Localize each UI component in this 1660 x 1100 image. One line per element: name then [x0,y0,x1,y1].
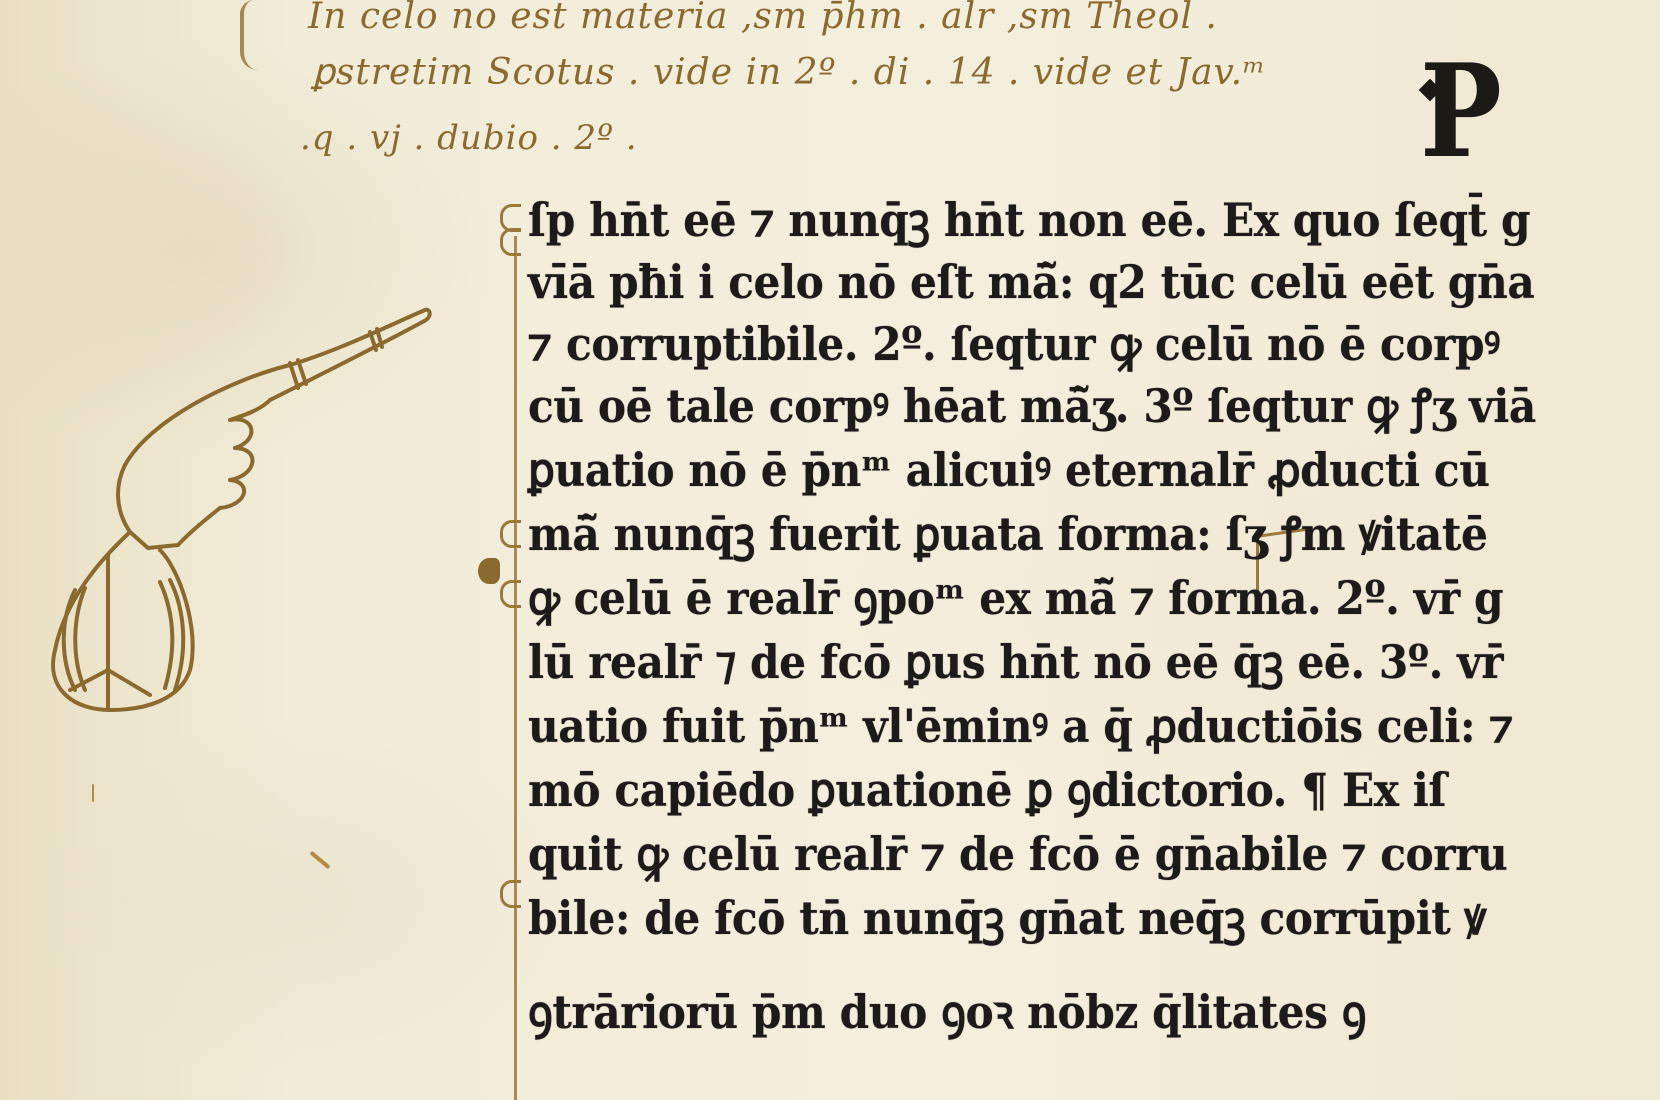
printed-line: cū oē tale corpꝰ hēat mā̃ʒ. 3º ſeqtur ꝙ … [528,376,1536,436]
printed-line: ſp hn̄t eē ⁊ nunq̄ꝫ hn̄t non eē. Ex quo … [528,190,1530,250]
printed-line: mō capiēdo ꝑuationē ꝑ ꝯdictorio. ¶ Ex iſ [528,760,1446,820]
printed-line: quit ꝙ celū realr̄ ⁊ de fcō ē gn̄abile ⁊… [528,824,1507,884]
marginal-curl [500,880,521,908]
paper-speck [310,851,331,869]
marginal-curl [500,520,521,548]
document-page: In celo no est materia ,sm p̄hm . alr ,s… [0,0,1660,1100]
printed-line: lū realr̄ ⁊ de fcō ꝑus hn̄t nō eē q̄ꝫ eē… [528,632,1503,692]
printed-line: ꝑuatio nō ē p̄nᵐ alicuiꝰ eternalr̄ ꝓduct… [528,440,1490,500]
printed-line: ꝙ celū ē realr̄ ꝯpoᵐ ex mā̃ ⁊ forma. 2º.… [528,568,1503,628]
printed-line: vīā pħi i celo nō eſt mā̃: q2 tūc celū e… [528,252,1534,312]
marginal-ink-blot [478,558,500,584]
printed-line: mā̃ nunq̄ꝫ fuerit ꝑuata forma: ſʒ ꝭm ꝟit… [528,504,1487,564]
printed-line: uatio fuit p̄nᵐ vl'ēminꝰ a q̄ ꝓductiōis … [528,696,1513,756]
annotation-line: .q . vj . dubio . 2º . [300,118,638,158]
chapter-initial: P [1420,48,1502,176]
paper-speck [92,784,94,802]
annotation-bracket [240,0,274,70]
marginal-rule [514,236,517,1100]
marginal-curl [500,228,521,256]
annotation-line: ꝑstretim Scotus . vide in 2º . di . 14 .… [312,52,1266,93]
manicule-icon [30,270,450,730]
printed-line: ⁊ corruptibile. 2º. ſeqtur ꝙ celū nō ē c… [528,314,1500,374]
annotation-line: In celo no est materia ,sm p̄hm . alr ,s… [308,0,1218,37]
printed-line: bile: de fcō tn̄ nunq̄ꝫ gn̄at neq̄ꝫ corr… [528,888,1486,948]
marginal-curl [500,580,521,608]
printed-line: ꝯtrāriorū p̄m duo ꝯoꝛ nōbz q̄litates ꝯ [528,982,1366,1042]
